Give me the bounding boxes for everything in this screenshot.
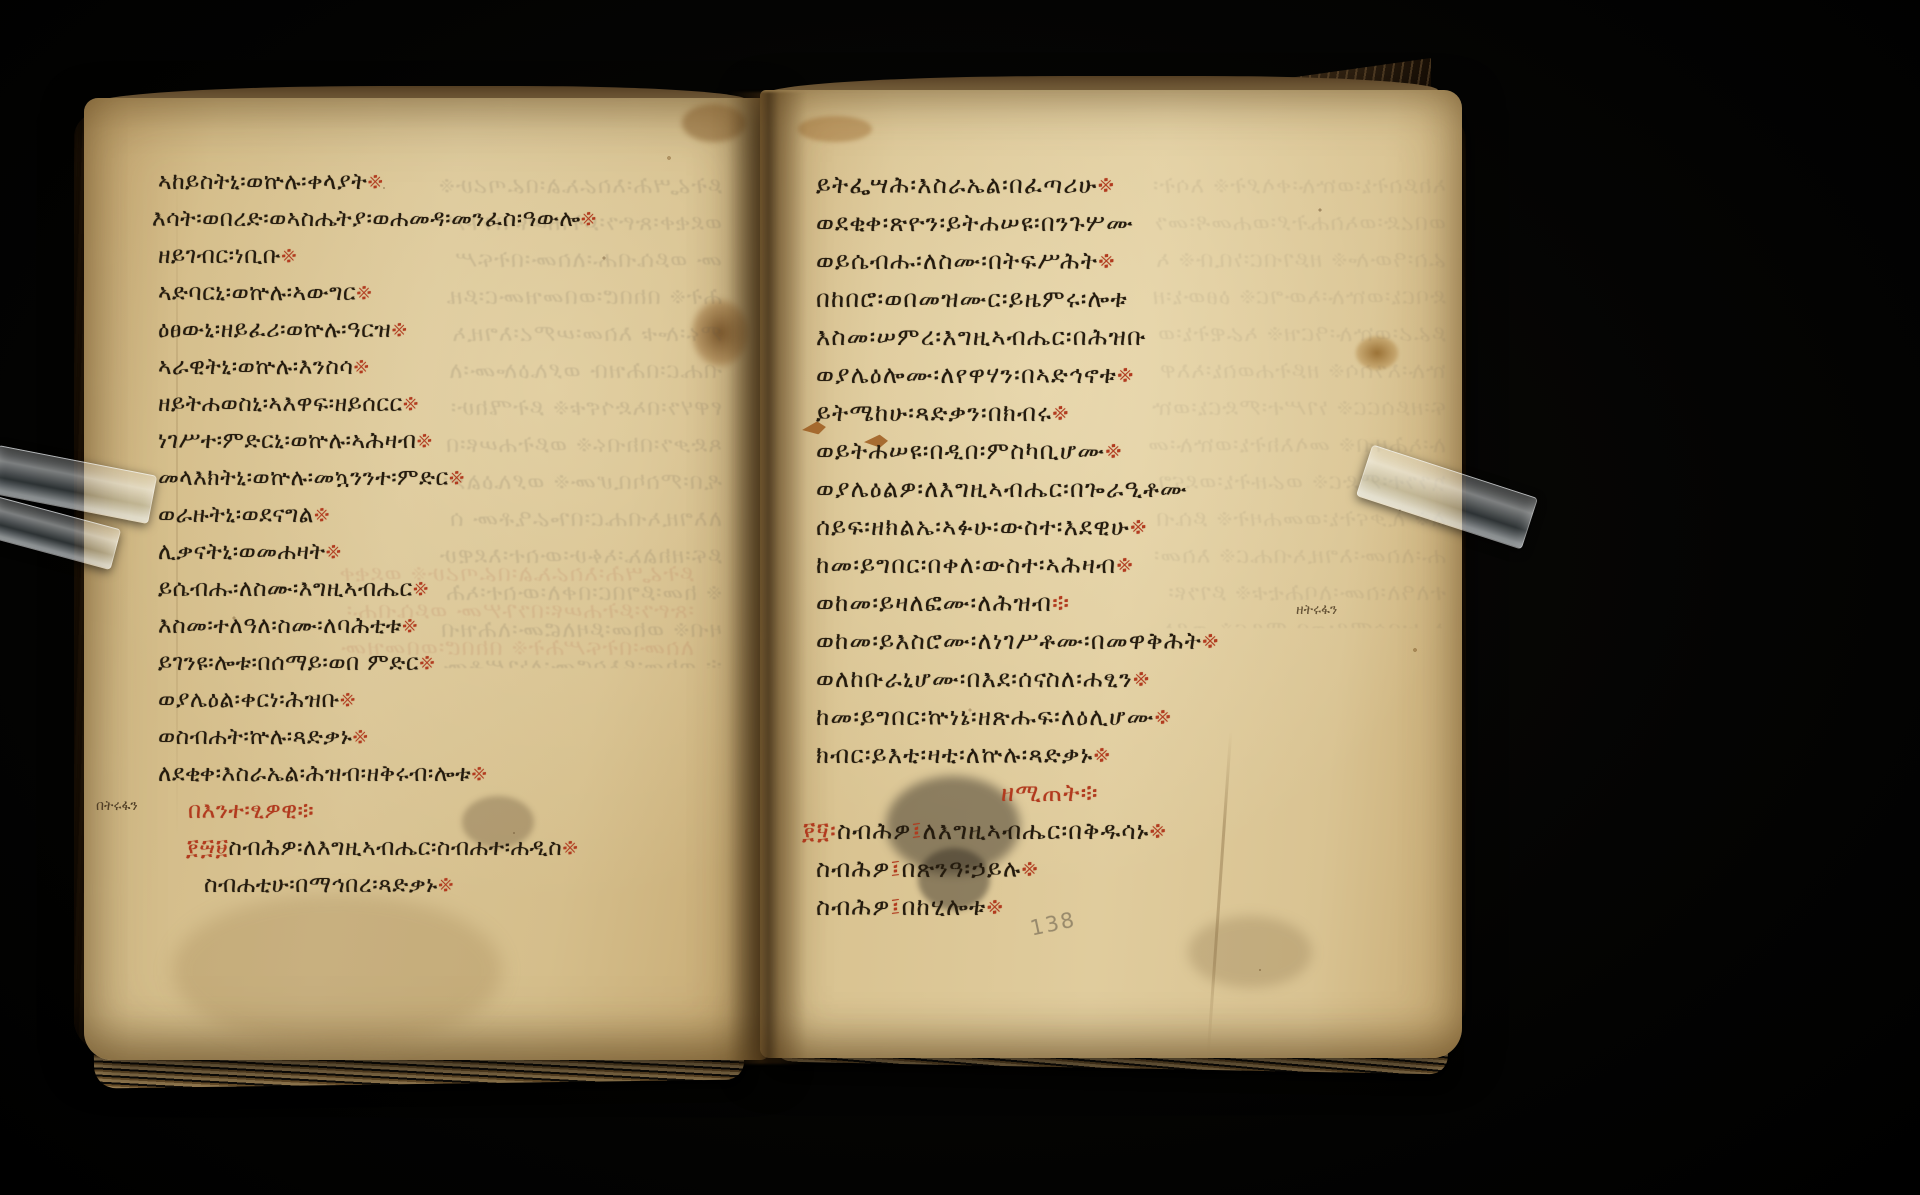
text-line: ወያሌዕል፡ቀርነ፡ሕዝቡ፠ <box>158 682 597 719</box>
stain <box>680 286 760 380</box>
text-line: ወያሌዕሎሙ፡ለየዋሃን፡በኣድኅኖቱ፠ <box>816 356 1220 394</box>
margin-note-left: በትሩፋን <box>96 798 138 814</box>
stain <box>172 893 502 1048</box>
text-line: ወከመ፡ይዛለፎሙ፡ለሕዝብ፨ <box>816 584 1220 622</box>
text-line: ይሴብሑ፡ለስሙ፡እግዚኣብሔር፠ <box>158 571 597 608</box>
rubric-line: በእንተ፡ፂዎዊ፨ <box>188 793 597 830</box>
text-line: ወያሌዕልዎ፡ለእግዚኣብሔር፡በጐራዒቶሙ <box>816 470 1220 508</box>
rubric-line: ዘሚጠት፨ <box>1001 774 1220 812</box>
text-line: ኣራዊትኒ፡ወኵሉ፡እንስሳ፠ <box>158 349 597 386</box>
text-line: ሊቃናትኒ፡ወመሐዛት፠ <box>158 534 597 571</box>
text-line: በከበሮ፡ወበመዝሙር፡ይዜምሩ፡ሎቱ <box>816 280 1220 318</box>
text-line: ስብሕዎ፤በጽንዓ፡ኃይሉ፠ <box>816 850 1220 888</box>
text-line: ዘይገብር፡ነቢቡ፠ <box>158 238 597 275</box>
stain <box>798 116 872 142</box>
text-line: ለደቂቀ፡እስራኤል፡ሕዝብ፡ዘቅሩብ፡ሎቱ፠ <box>158 756 597 793</box>
text-line: ወደቂቀ፡ጽዮን፡ይትሐሠዩ፡በንጉሦሙ <box>816 204 1220 242</box>
text-line: ፻፵፱ስብሕዎ፡ለእግዚኣብሔር፡ስብሐተ፡ሐዲስ፠ <box>186 830 597 867</box>
text-line: ስብሕዎ፤በከሂሎቱ፠ <box>816 888 1220 926</box>
text-line: ኣከይስትኒ፡ወኵሉ፡ቀላያት፠ <box>158 164 597 201</box>
stain <box>1348 330 1406 376</box>
manuscript-left-page: ይትፌሣሕ፡እስራኤል፡በፈጣሪሁ፠ ወደቂቀ፡ጽዮን፡ይትሐሠዩ፡በንጉሦሙ … <box>84 98 770 1060</box>
text-line: ይትሜከሁ፡ጻድቃን፡በክብሩ፠ <box>816 394 1220 432</box>
margin-note-right: ዘትሩፋን <box>1296 602 1337 618</box>
text-line: ከመ፡ይግበር፡በቀለ፡ውስተ፡ኣሕዛብ፠ <box>816 546 1220 584</box>
text-line: ዘይትሐወስኒ፡ኣእዋፍ፡ዘይሰርር፠ <box>158 386 597 423</box>
text-line: ይገንዩ፡ሎቱ፡በሰማይ፡ወበ ምድር፠ <box>158 645 597 682</box>
text-line: ፻፶፡ስብሕዎ፤ለእግዚኣብሔር፡በቅዱሳኑ፠ <box>802 812 1220 850</box>
text-line: ወስብሐት፡ኵሉ፡ጻድቃኑ፠ <box>158 719 597 756</box>
text-line: እስመ፡ተለዓለ፡ስሙ፡ለባሕቲቱ፠ <box>158 608 597 645</box>
manuscript-photo: ይትፌሣሕ፡እስራኤል፡በፈጣሪሁ፠ ወደቂቀ፡ጽዮን፡ይትሐሠዩ፡በንጉሦሙ … <box>0 0 1920 1195</box>
text-line: ከመ፡ይግበር፡ኵነኔ፡ዘጽሑፍ፡ለዕሊሆሙ፠ <box>816 698 1220 736</box>
right-text-block: ይትፌሣሕ፡እስራኤል፡በፈጣሪሁ፠ወደቂቀ፡ጽዮን፡ይትሐሠዩ፡በንጉሦሙወይ… <box>816 166 1220 926</box>
stain <box>682 104 746 142</box>
text-line: ወይትሐሠዩ፡በዲበ፡ምስካቢሆሙ፠ <box>816 432 1220 470</box>
text-line: ኣድባርኒ፡ወኵሉ፡ኣውግር፠ <box>158 275 597 312</box>
text-line: ክብር፡ይእቲ፡ዛቲ፡ለኵሉ፡ጻድቃኑ፠ <box>816 736 1220 774</box>
text-line: እስመ፡ሠምረ፡እግዚኣብሔር፡በሕዝቡ <box>816 318 1220 356</box>
text-line: መላእክትኒ፡ወኵሉ፡መኳንንተ፡ምድር፠ <box>158 460 597 497</box>
text-line: ነገሥተ፡ምድርኒ፡ወኵሉ፡ኣሕዛብ፠ <box>158 423 597 460</box>
text-line: ወራዙትኒ፡ወደናግል፠ <box>158 497 597 534</box>
text-line: ይትፌሣሕ፡እስራኤል፡በፈጣሪሁ፠ <box>816 166 1220 204</box>
text-line: ዕፀውኒ፡ዘይፈሪ፡ወኵሉ፡ዓርዝ፠ <box>158 312 597 349</box>
left-text-block: ኣከይስትኒ፡ወኵሉ፡ቀላያት፠እሳት፡ወበረድ፡ወኣስሔትያ፡ወሐመዳ፡መንፈ… <box>158 164 597 904</box>
text-line: ወከመ፡ይእስሮሙ፡ለነገሥቶሙ፡በመዋቅሕት፠ <box>816 622 1220 660</box>
text-line: ወይሴብሑ፡ለስሙ፡በትፍሥሕት፠ <box>816 242 1220 280</box>
text-line: እሳት፡ወበረድ፡ወኣስሔትያ፡ወሐመዳ፡መንፈስ፡ዓውሎ፠ <box>152 201 597 238</box>
manuscript-right-page: ኣከይስትኒ፡ወኵሉ፡ቀላያት፠ እሳት፡ወበረድ፡ወኣስሔትያ፡ወሐመዳ፡መን… <box>760 90 1462 1058</box>
text-line: ስብሐቲሁ፡በማኅበረ፡ጻድቃኑ፠ <box>204 867 597 904</box>
text-line: ወለከቡራኒሆሙ፡በእደ፡ሰናስለ፡ሐፂን፠ <box>816 660 1220 698</box>
stain <box>1188 916 1312 988</box>
text-line: ሰይፍ፡ዘክልኤ፡ኣፉሁ፡ውስተ፡እደዊሁ፠ <box>816 508 1220 546</box>
